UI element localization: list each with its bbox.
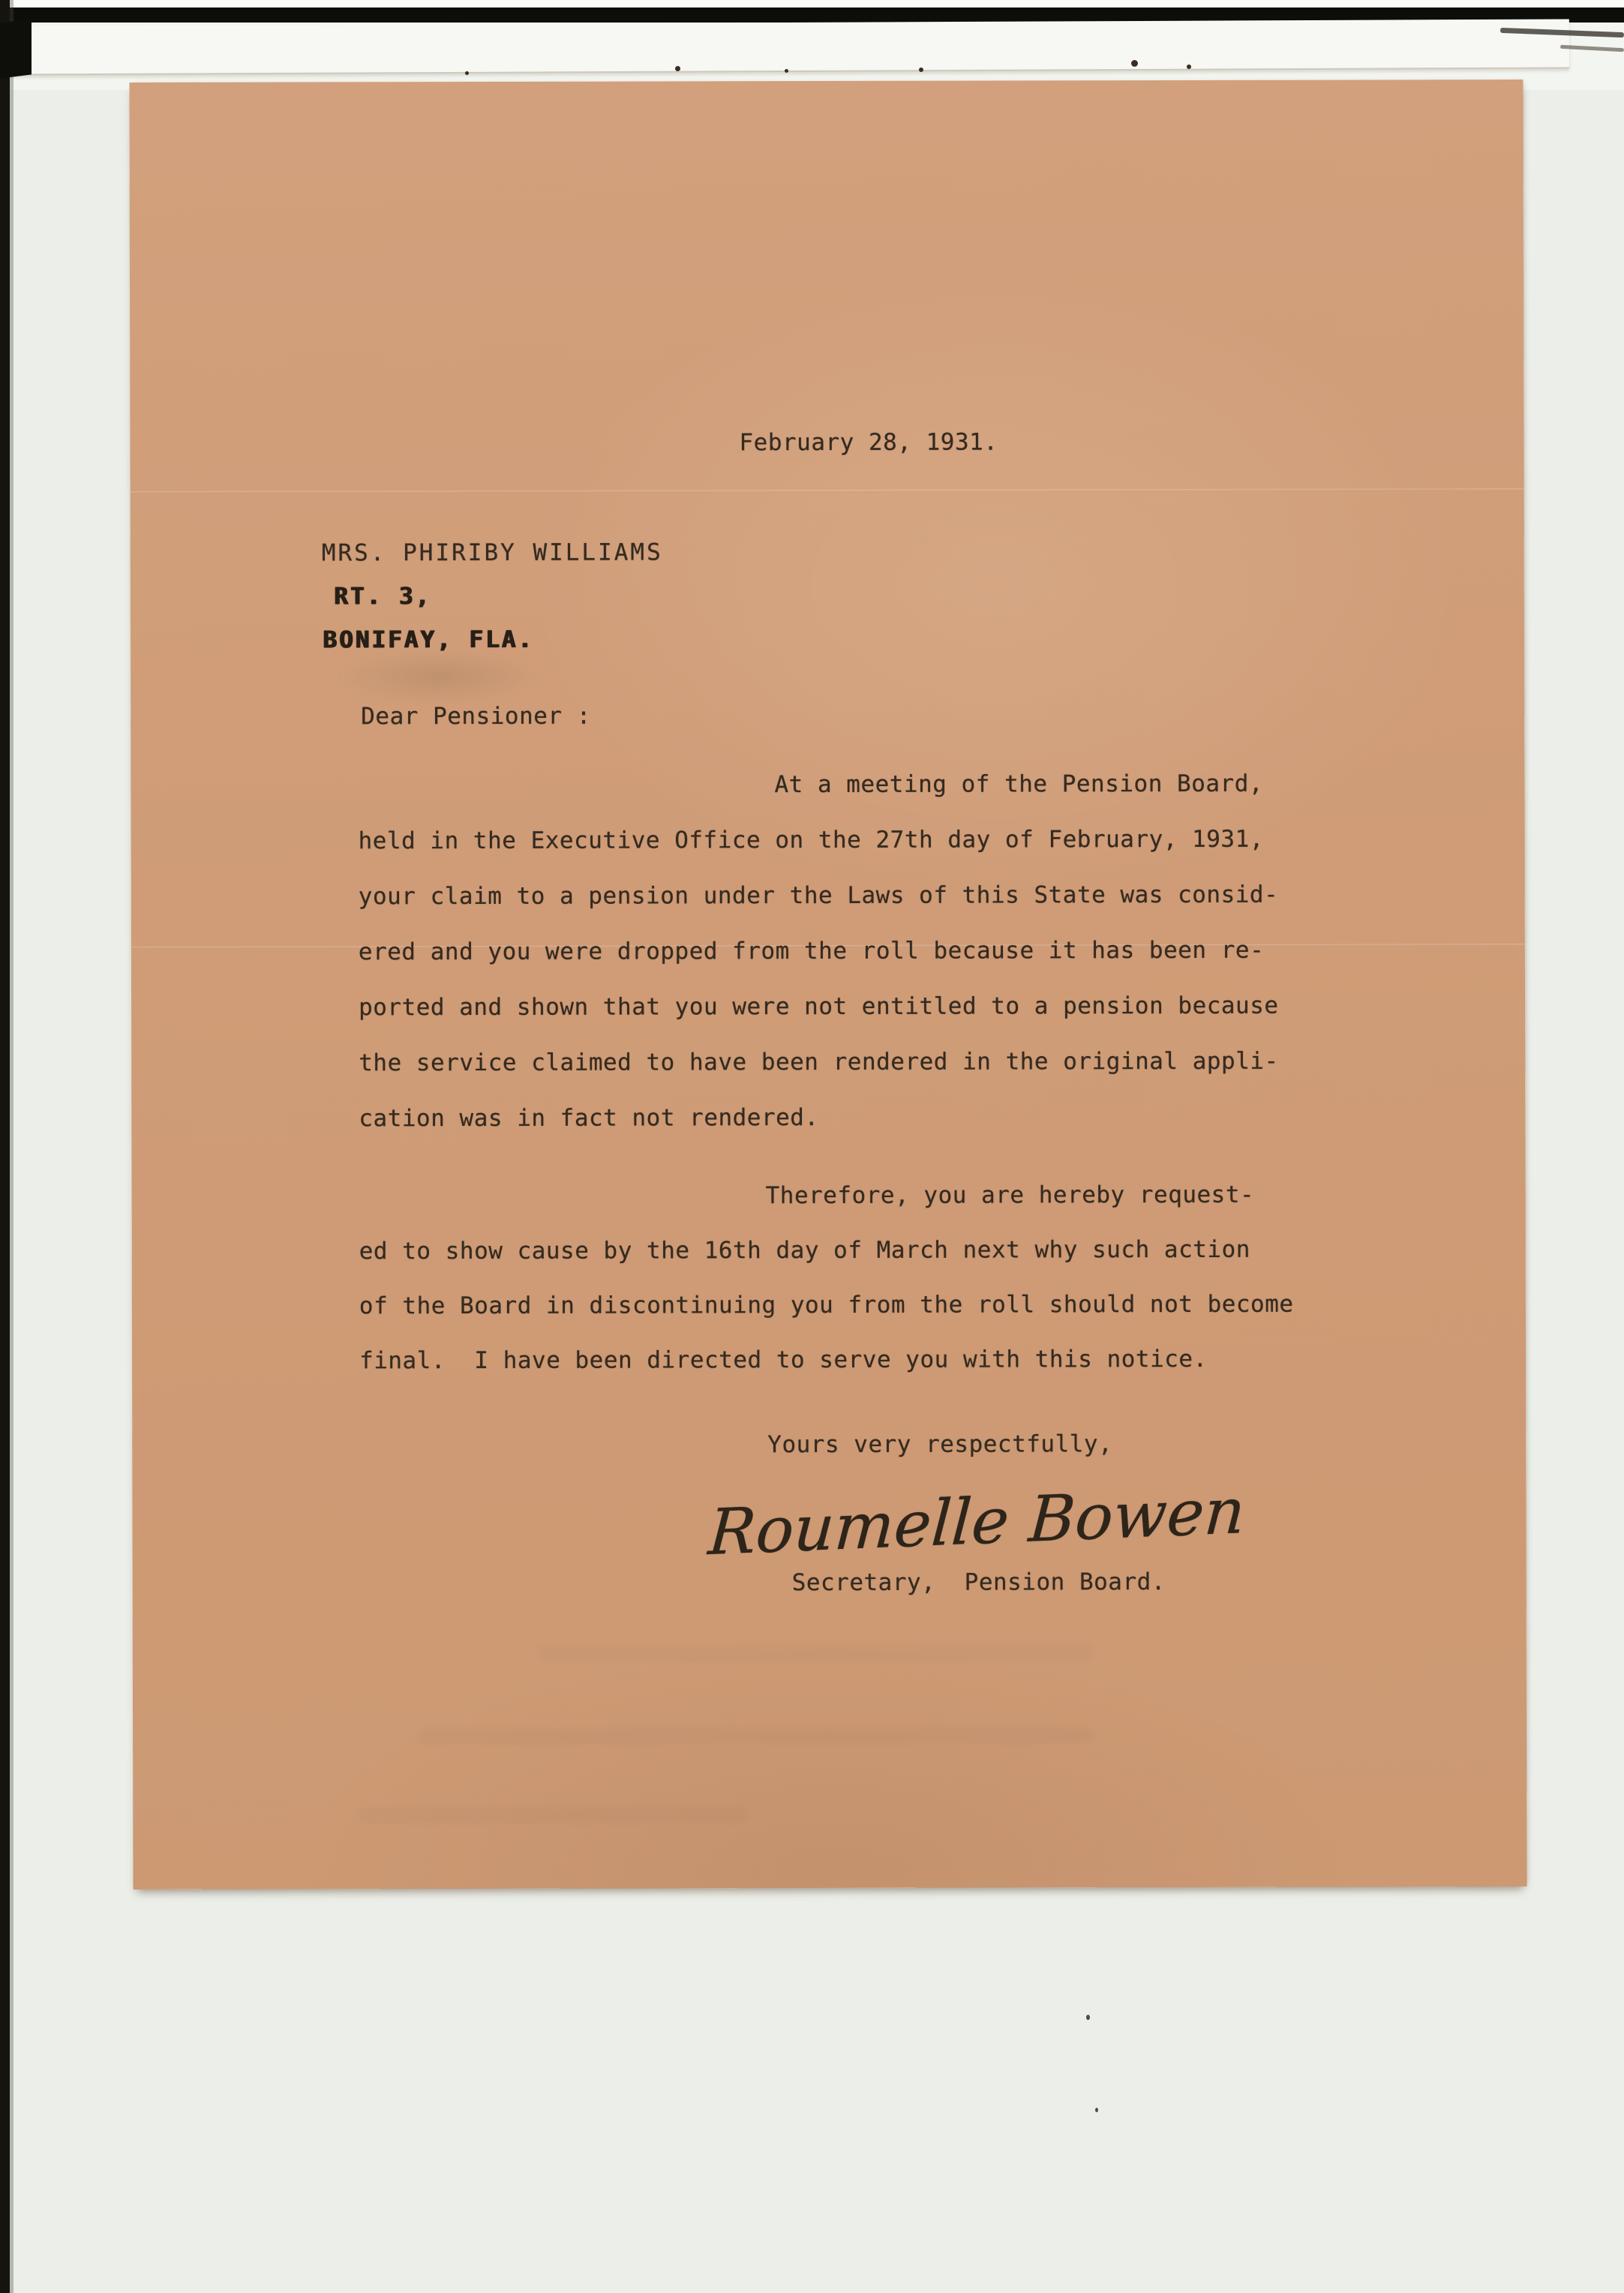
dust-speck: [465, 71, 469, 75]
body-line: At a meeting of the Pension Board,: [774, 769, 1263, 800]
body-line: your claim to a pension under the Laws o…: [359, 880, 1279, 912]
letter-paper: February 28, 1931. MRS. PHIRIBY WILLIAMS…: [129, 80, 1526, 1889]
scan-edge-left: [0, 0, 10, 2293]
body-line: final. I have been directed to serve you…: [359, 1344, 1208, 1376]
dust-speck: [919, 68, 923, 72]
salutation: Dear Pensioner :: [361, 701, 591, 732]
body-line: of the Board in discontinuing you from t…: [359, 1289, 1294, 1322]
body-line: held in the Executive Office on the 27th…: [359, 824, 1264, 857]
address-line-name: MRS. PHIRIBY WILLIAMS: [322, 537, 663, 568]
date-line: February 28, 1931.: [739, 428, 998, 458]
dust-speck: [1095, 2108, 1098, 2112]
ghost-type-impression: [538, 1644, 1093, 1662]
fold-crease: [131, 488, 1524, 494]
body-line: ed to show cause by the 16th day of Marc…: [359, 1235, 1250, 1266]
dust-speck: [675, 66, 680, 71]
body-line: ported and shown that you were not entit…: [359, 991, 1279, 1023]
signature-title: Secretary, Pension Board.: [792, 1567, 1166, 1598]
ghost-type-impression: [358, 1806, 748, 1823]
address-line-city: BONIFAY, FLA.: [323, 625, 534, 656]
address-line-route: RT. 3,: [334, 581, 431, 611]
closing-line: Yours very respectfully,: [767, 1429, 1112, 1460]
dust-speck: [1131, 60, 1138, 67]
dust-speck: [1086, 2015, 1090, 2020]
body-line: the service claimed to have been rendere…: [359, 1046, 1279, 1079]
body-line: Therefore, you are hereby request-: [766, 1180, 1255, 1211]
dust-speck: [1187, 65, 1191, 69]
scan-edge-left-shadow: [10, 0, 14, 2293]
dust-speck: [785, 69, 788, 73]
tape-strip: [11, 19, 1569, 75]
body-line: ered and you were dropped from the roll …: [359, 935, 1264, 968]
scan-corner-blot: [0, 19, 32, 78]
handwritten-signature: Roumelle Bowen: [707, 1474, 1247, 1569]
ghost-type-impression: [418, 1727, 1093, 1745]
body-line: cation was in fact not rendered.: [359, 1103, 818, 1133]
scanned-letter-page: February 28, 1931. MRS. PHIRIBY WILLIAMS…: [0, 0, 1624, 2293]
